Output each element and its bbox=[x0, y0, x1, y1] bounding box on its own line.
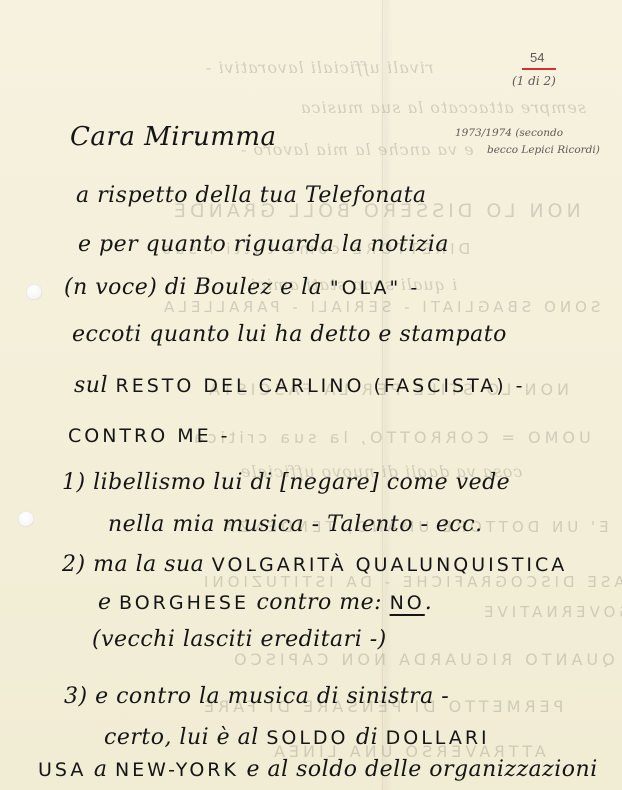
letter-line: e per quanto riguarda la notizia bbox=[78, 232, 449, 257]
newspaper-name: RESTO DEL CARLINO (FASCISTA) - bbox=[116, 375, 526, 397]
list-item-3: 3) e contro la musica di sinistra - bbox=[64, 684, 449, 709]
emphatic-no: NO bbox=[390, 592, 425, 614]
catalog-note: 1973/1974 (secondo becco Lepici Ricordi) bbox=[455, 125, 620, 159]
folio-number: 54 bbox=[530, 50, 544, 65]
item-number: 1) bbox=[62, 470, 86, 495]
bleed-line: rivali ufficiali lavorativi - bbox=[205, 58, 434, 77]
item-caps: SOLDO bbox=[266, 727, 348, 749]
salutation: Cara Mirumma bbox=[70, 122, 277, 152]
catalog-note-line: becco Lepici Ricordi) bbox=[455, 142, 620, 159]
letter-line: eccoti quanto lui ha detto e stampato bbox=[72, 322, 507, 347]
item-text: certo, lui è al bbox=[104, 725, 266, 750]
item-text: e bbox=[98, 590, 119, 615]
line-text: sul bbox=[74, 373, 116, 398]
bleed-line: PER QUANTO RIGUARDA NON CAPISCO bbox=[230, 650, 622, 669]
item-text: libellismo lui di [negare] come vede bbox=[93, 470, 510, 495]
item-caps: BORGHESE bbox=[119, 592, 249, 614]
letter-line: (n voce) di Boulez e la "OLA" - bbox=[64, 275, 420, 300]
letter-line: a rispetto della tua Telefonata bbox=[76, 183, 427, 208]
catalog-note-line: 1973/1974 (secondo bbox=[455, 125, 620, 142]
item-text: di bbox=[349, 725, 386, 750]
bleed-line: sempre attaccato la sua musica bbox=[300, 98, 586, 117]
list-item-1-cont: nella mia musica - Talento - ecc. bbox=[108, 512, 483, 537]
item-number: 3) bbox=[64, 684, 88, 709]
bleed-line: UOMO = CORROTTO, la sua critica bbox=[190, 428, 591, 447]
contro-me-heading: CONTRO ME - bbox=[68, 425, 231, 447]
line-text: (n voce) di Boulez e la bbox=[64, 275, 330, 300]
item-text: ma la sua bbox=[93, 552, 212, 577]
item-caps: USA bbox=[38, 759, 86, 781]
item-text: a bbox=[86, 757, 115, 782]
folio-page-count: (1 di 2) bbox=[512, 74, 556, 88]
item-text: e al soldo delle organizzazioni bbox=[239, 757, 598, 782]
item-text: e contro la musica di sinistra - bbox=[95, 684, 449, 709]
list-item-3-cont: certo, lui è al SOLDO di DOLLARI bbox=[104, 725, 490, 750]
bleed-line: GOVERNATIVE bbox=[480, 603, 622, 621]
punch-hole-top bbox=[26, 284, 42, 300]
list-item-2-note: (vecchi lasciti ereditari -) bbox=[92, 627, 387, 652]
folio-red-underline bbox=[522, 68, 556, 70]
item-text: contro me: bbox=[249, 590, 390, 615]
list-item-1: 1) libellismo lui di [negare] come vede bbox=[62, 470, 510, 495]
list-item-2-cont: e BORGHESE contro me: NO. bbox=[98, 590, 432, 615]
letter-line: sul RESTO DEL CARLINO (FASCISTA) - bbox=[74, 373, 526, 398]
list-item-3-cont2: USA a NEW-YORK e al soldo delle organizz… bbox=[38, 757, 598, 782]
item-number: 2) bbox=[62, 552, 86, 577]
item-text: . bbox=[425, 590, 433, 615]
punch-hole-bottom bbox=[18, 511, 34, 527]
item-caps: VOLGARITÀ QUALUNQUISTICA bbox=[212, 554, 568, 576]
list-item-2: 2) ma la sua VOLGARITÀ QUALUNQUISTICA bbox=[62, 552, 567, 577]
bleed-line: SONO SBAGLIATI - SERIALI - PARALLELA bbox=[160, 298, 600, 316]
ola-reference: "OLA" - bbox=[330, 277, 420, 299]
item-caps: NEW-YORK bbox=[115, 759, 239, 781]
item-caps: DOLLARI bbox=[386, 727, 490, 749]
letter-page: rivali ufficiali lavorativi - sempre att… bbox=[0, 0, 622, 790]
